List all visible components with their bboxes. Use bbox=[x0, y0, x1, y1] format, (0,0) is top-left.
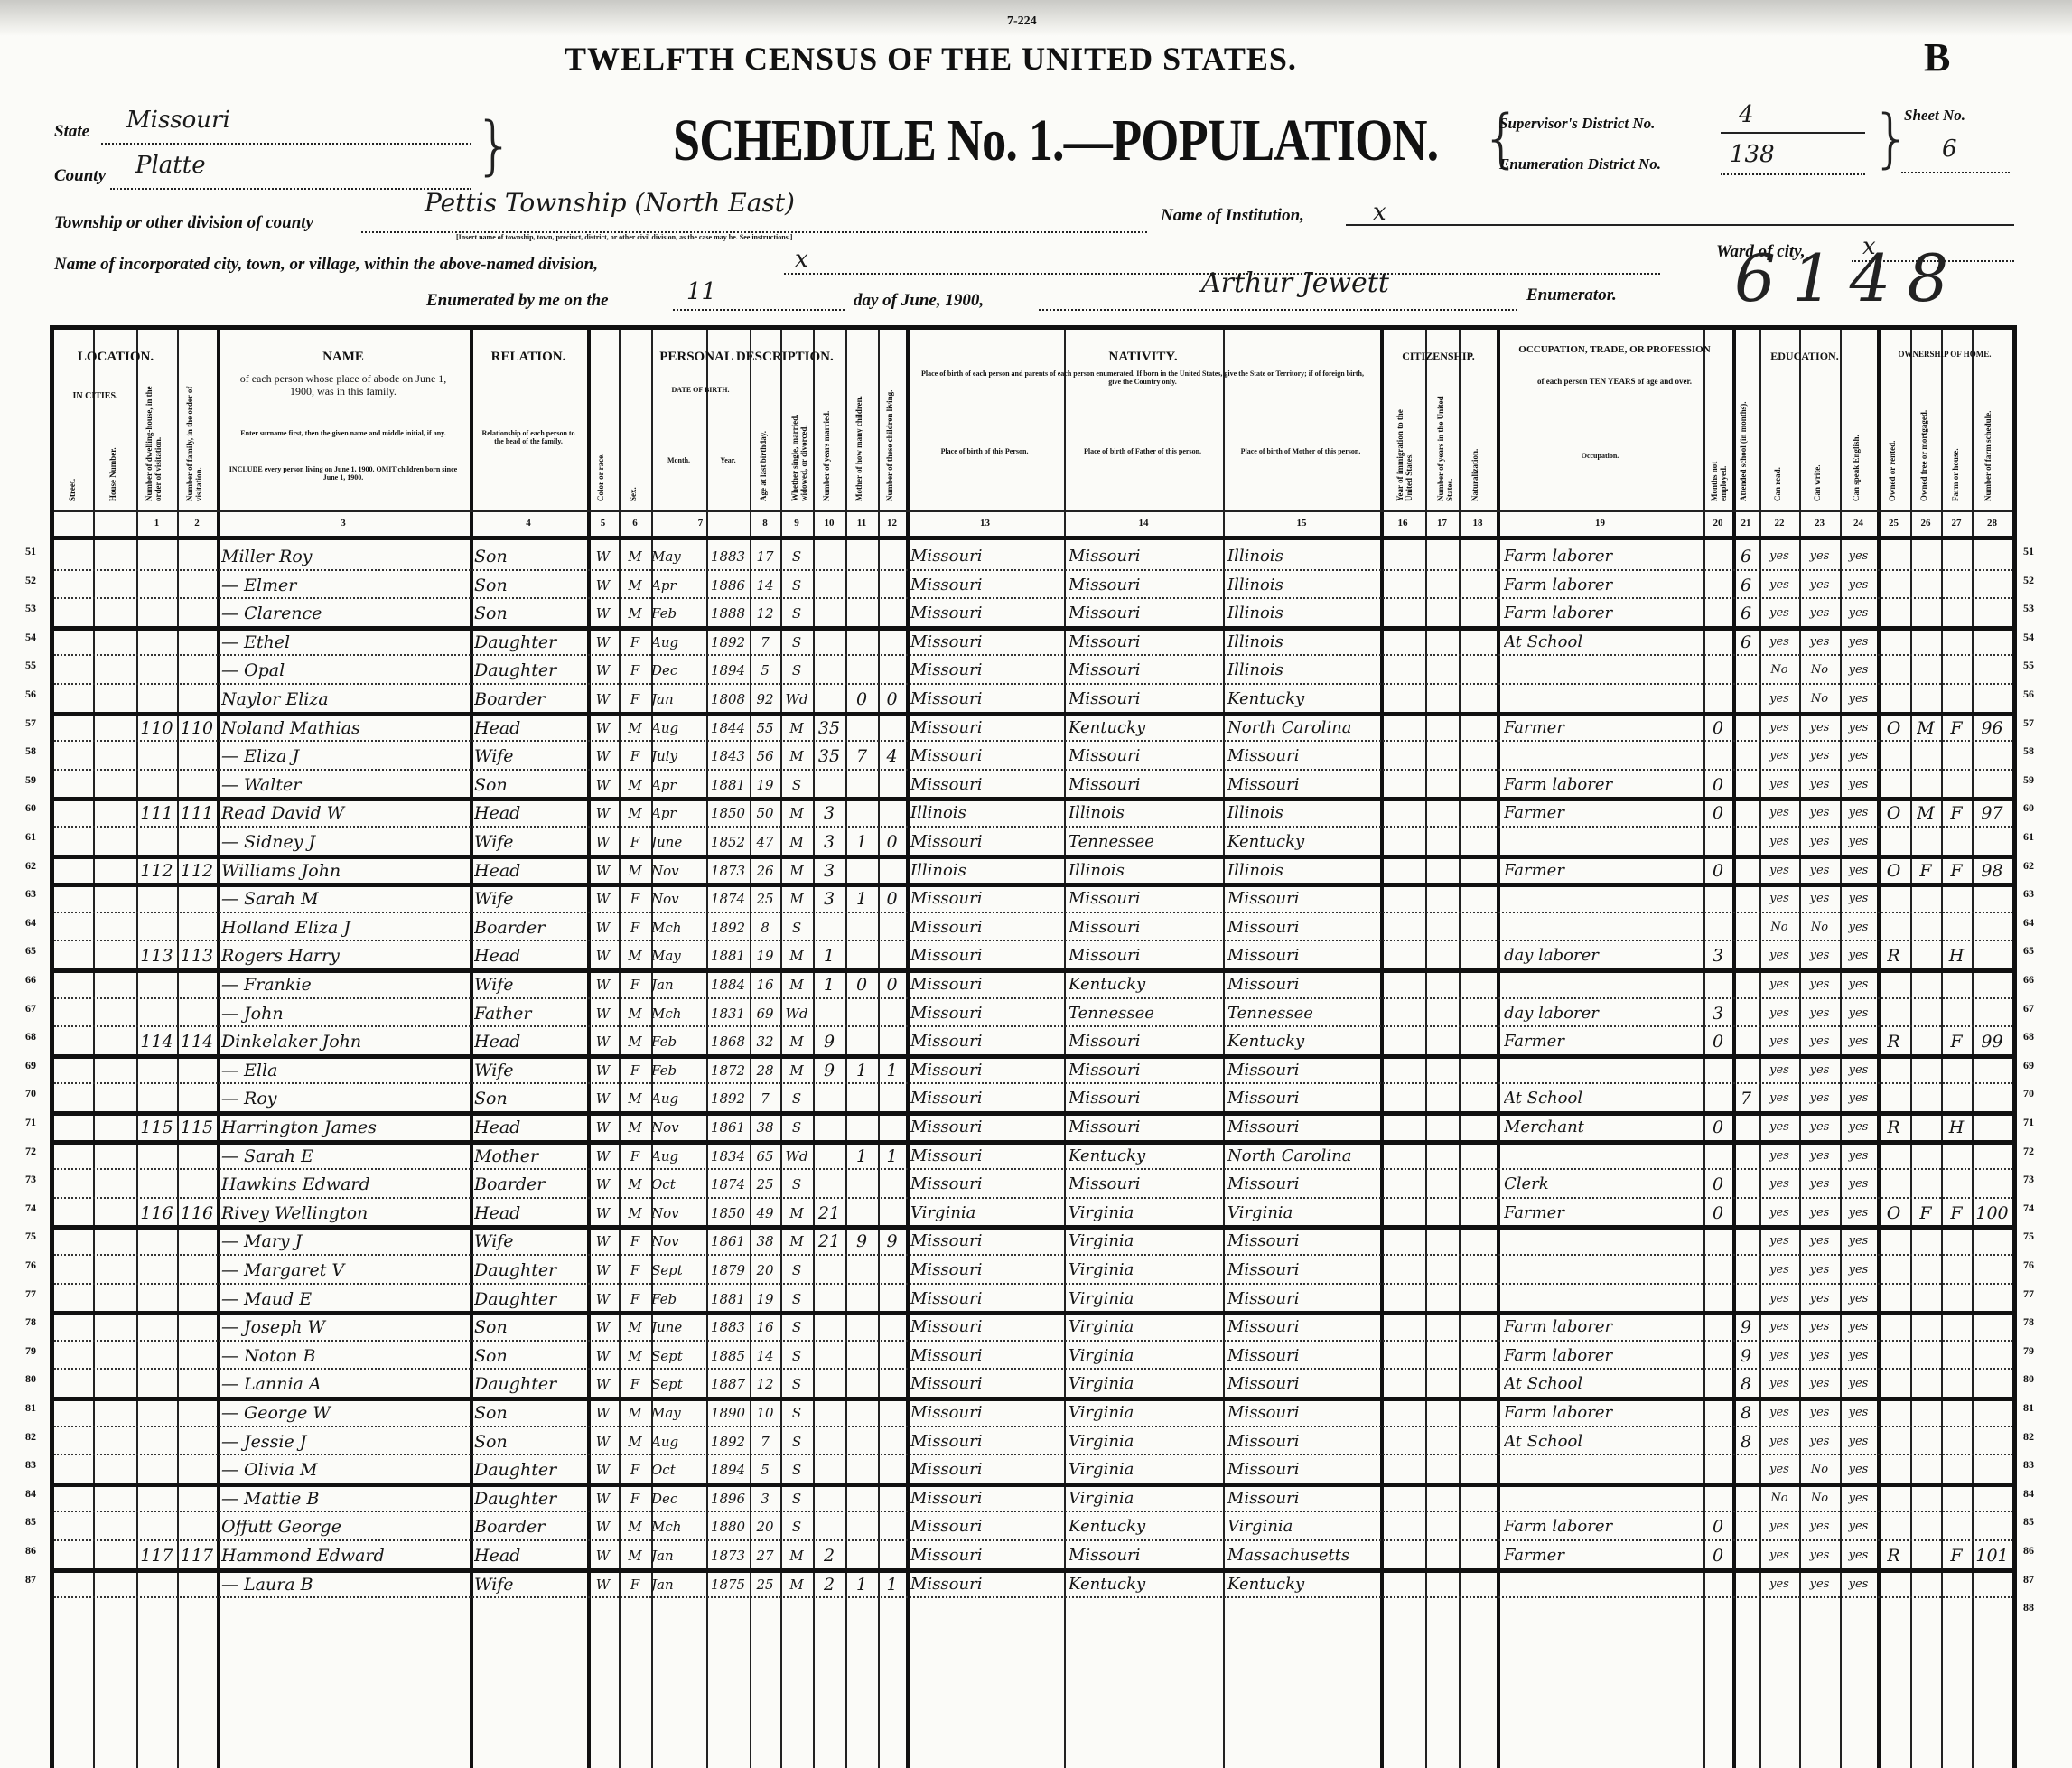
free-mortgaged bbox=[1910, 626, 1941, 655]
can-read: yes bbox=[1759, 968, 1799, 997]
months-unemployed bbox=[1703, 540, 1732, 569]
birthplace-father: Missouri bbox=[1069, 654, 1223, 683]
sheet-value: 6 bbox=[1942, 136, 1957, 163]
farm-schedule bbox=[1972, 1368, 2012, 1397]
birth-year: 1868 bbox=[706, 1025, 750, 1054]
birthplace-person: Missouri bbox=[910, 540, 1064, 569]
can-write: yes bbox=[1799, 1054, 1840, 1083]
children-living bbox=[878, 626, 906, 655]
birth-year: 1894 bbox=[706, 654, 750, 683]
marital-status: S bbox=[780, 1082, 813, 1111]
sheet-letter: B bbox=[1924, 34, 1950, 80]
relation: Daughter bbox=[474, 1454, 587, 1483]
relation: Head bbox=[474, 1539, 587, 1568]
birth-month: May bbox=[651, 1397, 706, 1426]
farm-schedule bbox=[1972, 1283, 2012, 1312]
years-married bbox=[813, 1368, 845, 1397]
family-number bbox=[177, 1397, 217, 1426]
children-living bbox=[878, 1340, 906, 1369]
color: W bbox=[587, 1368, 619, 1397]
children-living bbox=[878, 1311, 906, 1340]
occupation: day laborer bbox=[1504, 940, 1703, 968]
birth-year: 1896 bbox=[706, 1483, 750, 1511]
can-speak: yes bbox=[1840, 1397, 1877, 1426]
farm-schedule bbox=[1972, 626, 2012, 655]
color: W bbox=[587, 1340, 619, 1369]
dwelling-number bbox=[136, 683, 177, 712]
can-write: yes bbox=[1799, 883, 1840, 912]
farm-house bbox=[1941, 597, 1972, 626]
birthplace-father: Virginia bbox=[1069, 1454, 1223, 1483]
birthplace-mother: Virginia bbox=[1227, 1511, 1380, 1539]
school-months bbox=[1732, 1283, 1759, 1312]
occupation: Farmer bbox=[1504, 1197, 1703, 1226]
relation: Son bbox=[474, 1340, 587, 1369]
occupation: Clerk bbox=[1504, 1168, 1703, 1197]
hdr-months-unemployed: Months not employed. bbox=[1710, 429, 1728, 501]
farm-schedule bbox=[1972, 1254, 2012, 1283]
column-number: 23 bbox=[1799, 518, 1840, 529]
column-number: 14 bbox=[1064, 518, 1223, 529]
birth-month: Feb bbox=[651, 1025, 706, 1054]
relation: Head bbox=[474, 1197, 587, 1226]
birth-year: 1834 bbox=[706, 1140, 750, 1169]
school-months: 8 bbox=[1732, 1397, 1759, 1426]
owned-rented: R bbox=[1877, 1539, 1910, 1568]
birth-month: Mch bbox=[651, 912, 706, 940]
birthplace-person: Missouri bbox=[910, 1082, 1064, 1111]
table-row: Miller RoySonWMMay188317SMissouriMissour… bbox=[54, 540, 2012, 569]
years-married: 21 bbox=[813, 1225, 845, 1254]
line-number-left: 58 bbox=[25, 744, 36, 758]
line-number-right: 59 bbox=[2023, 773, 2034, 787]
children-born bbox=[845, 626, 878, 655]
person-name: Harrington James bbox=[221, 1111, 470, 1140]
can-write: yes bbox=[1799, 769, 1840, 798]
table-row: — OpalDaughterWFDec18945SMissouriMissour… bbox=[54, 654, 2012, 683]
birthplace-person: Missouri bbox=[910, 683, 1064, 712]
children-born: 9 bbox=[845, 1225, 878, 1254]
birth-month: Apr bbox=[651, 797, 706, 826]
farm-schedule bbox=[1972, 1168, 2012, 1197]
birthplace-mother: Illinois bbox=[1227, 540, 1380, 569]
years-married: 2 bbox=[813, 1568, 845, 1597]
column-number: 24 bbox=[1840, 518, 1877, 529]
hdr-family: Number of family, in the order of visita… bbox=[185, 375, 203, 501]
birth-year: 1861 bbox=[706, 1111, 750, 1140]
birth-month: Nov bbox=[651, 1197, 706, 1226]
sex: F bbox=[619, 968, 651, 997]
sex: M bbox=[619, 769, 651, 798]
free-mortgaged bbox=[1910, 1025, 1941, 1054]
school-months: 8 bbox=[1732, 1426, 1759, 1455]
birthplace-person: Missouri bbox=[910, 1483, 1064, 1511]
can-write: yes bbox=[1799, 1568, 1840, 1597]
table-row: — Mary JWifeWFNov186138M2199MissouriVirg… bbox=[54, 1225, 2012, 1254]
birthplace-father: Tennessee bbox=[1069, 997, 1223, 1026]
color: W bbox=[587, 1511, 619, 1539]
dwelling-number bbox=[136, 997, 177, 1026]
children-born bbox=[845, 855, 878, 884]
farm-schedule bbox=[1972, 654, 2012, 683]
birthplace-mother: Tennessee bbox=[1227, 997, 1380, 1026]
age: 17 bbox=[750, 540, 780, 569]
children-born bbox=[845, 1283, 878, 1312]
birth-month: Nov bbox=[651, 1111, 706, 1140]
months-unemployed bbox=[1703, 569, 1732, 598]
can-write: yes bbox=[1799, 855, 1840, 884]
farm-house bbox=[1941, 1082, 1972, 1111]
line-number-left: 80 bbox=[25, 1372, 36, 1386]
table-row: — EllaWifeWFFeb187228M911MissouriMissour… bbox=[54, 1054, 2012, 1083]
birthplace-person: Missouri bbox=[910, 597, 1064, 626]
occupation bbox=[1504, 968, 1703, 997]
line-number-left: 52 bbox=[25, 574, 36, 587]
birth-month: Apr bbox=[651, 569, 706, 598]
age: 50 bbox=[750, 797, 780, 826]
free-mortgaged bbox=[1910, 1168, 1941, 1197]
farm-schedule bbox=[1972, 1140, 2012, 1169]
birth-month: Mch bbox=[651, 1511, 706, 1539]
years-married bbox=[813, 683, 845, 712]
line-number-left: 78 bbox=[25, 1315, 36, 1329]
birthplace-mother: Missouri bbox=[1227, 1397, 1380, 1426]
dwelling-number bbox=[136, 1054, 177, 1083]
birthplace-person: Missouri bbox=[910, 569, 1064, 598]
line-number-right: 60 bbox=[2023, 801, 2034, 815]
birthplace-mother: Missouri bbox=[1227, 968, 1380, 997]
sex: M bbox=[619, 712, 651, 741]
line-number-right: 67 bbox=[2023, 1002, 2034, 1015]
person-name: — Opal bbox=[221, 654, 470, 683]
family-number bbox=[177, 1511, 217, 1539]
birth-month: Mch bbox=[651, 997, 706, 1026]
family-number bbox=[177, 569, 217, 598]
relation: Father bbox=[474, 997, 587, 1026]
months-unemployed bbox=[1703, 912, 1732, 940]
birthplace-mother: Illinois bbox=[1227, 569, 1380, 598]
marital-status: S bbox=[780, 1168, 813, 1197]
hdr-immigration: Year of immigration to the United States… bbox=[1395, 384, 1414, 501]
age: 12 bbox=[750, 597, 780, 626]
farm-house: F bbox=[1941, 712, 1972, 741]
table-row: — RoySonWMAug18927SMissouriMissouriMisso… bbox=[54, 1082, 2012, 1111]
relation: Son bbox=[474, 569, 587, 598]
children-born: 1 bbox=[845, 1568, 878, 1597]
birthplace-person: Missouri bbox=[910, 740, 1064, 769]
years-married bbox=[813, 1283, 845, 1312]
can-speak: yes bbox=[1840, 626, 1877, 655]
owned-rented bbox=[1877, 569, 1910, 598]
relation: Son bbox=[474, 540, 587, 569]
line-number-right: 63 bbox=[2023, 887, 2034, 901]
birthplace-mother: Kentucky bbox=[1227, 683, 1380, 712]
children-living bbox=[878, 1539, 906, 1568]
hdr-color: Color or race. bbox=[596, 420, 605, 501]
owned-rented bbox=[1877, 1254, 1910, 1283]
form-number: 7-224 bbox=[1007, 14, 1037, 29]
person-name: Hammond Edward bbox=[221, 1539, 470, 1568]
school-months bbox=[1732, 855, 1759, 884]
dwelling-number bbox=[136, 1483, 177, 1511]
free-mortgaged bbox=[1910, 912, 1941, 940]
can-write: yes bbox=[1799, 940, 1840, 968]
dwelling-number bbox=[136, 1254, 177, 1283]
can-speak: yes bbox=[1840, 1568, 1877, 1597]
months-unemployed bbox=[1703, 826, 1732, 855]
sex: F bbox=[619, 1568, 651, 1597]
sex: M bbox=[619, 597, 651, 626]
column-number: 6 bbox=[619, 518, 651, 529]
can-speak: yes bbox=[1840, 1311, 1877, 1340]
birth-year: 1843 bbox=[706, 740, 750, 769]
county-label: County bbox=[54, 166, 106, 186]
years-married bbox=[813, 540, 845, 569]
birthplace-mother: Missouri bbox=[1227, 1225, 1380, 1254]
hdr-occupation-sub: of each person TEN YEARS of age and over… bbox=[1508, 377, 1721, 386]
years-married bbox=[813, 1082, 845, 1111]
owned-rented bbox=[1877, 1511, 1910, 1539]
years-married bbox=[813, 1483, 845, 1511]
years-married bbox=[813, 769, 845, 798]
person-name: Dinkelaker John bbox=[221, 1025, 470, 1054]
person-name: Offutt George bbox=[221, 1511, 470, 1539]
occupation bbox=[1504, 683, 1703, 712]
table-row: — FrankieWifeWFJan188416M100MissouriKent… bbox=[54, 968, 2012, 997]
can-write: yes bbox=[1799, 1082, 1840, 1111]
hdr-month: Month. bbox=[651, 456, 706, 464]
children-living bbox=[878, 1168, 906, 1197]
owned-rented bbox=[1877, 540, 1910, 569]
owned-rented bbox=[1877, 683, 1910, 712]
person-name: — Eliza J bbox=[221, 740, 470, 769]
sex: F bbox=[619, 1225, 651, 1254]
birthplace-mother: Missouri bbox=[1227, 1340, 1380, 1369]
column-number: 9 bbox=[780, 518, 813, 529]
birth-year: 1861 bbox=[706, 1225, 750, 1254]
children-born: 1 bbox=[845, 1054, 878, 1083]
supervisor-label: Supervisor's District No. bbox=[1499, 115, 1655, 133]
table-row: — EthelDaughterWFAug18927SMissouriMissou… bbox=[54, 626, 2012, 655]
age: 38 bbox=[750, 1225, 780, 1254]
birthplace-person: Missouri bbox=[910, 968, 1064, 997]
occupation bbox=[1504, 1454, 1703, 1483]
owned-rented bbox=[1877, 1340, 1910, 1369]
children-born bbox=[845, 1254, 878, 1283]
children-living: 0 bbox=[878, 826, 906, 855]
birth-month: June bbox=[651, 1311, 706, 1340]
birthplace-mother: Massachusetts bbox=[1227, 1539, 1380, 1568]
school-months bbox=[1732, 1454, 1759, 1483]
marital-status: S bbox=[780, 1254, 813, 1283]
line-number-right: 80 bbox=[2023, 1372, 2034, 1386]
dwelling-number: 112 bbox=[136, 855, 177, 884]
person-name: — Laura B bbox=[221, 1568, 470, 1597]
column-number: 17 bbox=[1425, 518, 1459, 529]
column-number: 27 bbox=[1941, 518, 1972, 529]
children-living: 0 bbox=[878, 683, 906, 712]
line-number-left: 53 bbox=[25, 602, 36, 615]
person-name: — Sidney J bbox=[221, 826, 470, 855]
birthplace-person: Missouri bbox=[910, 940, 1064, 968]
person-name: — Sarah M bbox=[221, 883, 470, 912]
enumerator-name: Arthur Jewett bbox=[1201, 267, 1389, 299]
relation: Daughter bbox=[474, 1254, 587, 1283]
line-number-left: 55 bbox=[25, 659, 36, 672]
color: W bbox=[587, 597, 619, 626]
color: W bbox=[587, 1140, 619, 1169]
birthplace-person: Missouri bbox=[910, 1340, 1064, 1369]
relation: Head bbox=[474, 1025, 587, 1054]
relation: Head bbox=[474, 855, 587, 884]
can-speak: yes bbox=[1840, 1483, 1877, 1511]
enumeration-value: 138 bbox=[1730, 141, 1775, 168]
can-write: yes bbox=[1799, 797, 1840, 826]
children-living bbox=[878, 797, 906, 826]
marital-status: M bbox=[780, 883, 813, 912]
family-number bbox=[177, 1426, 217, 1455]
row-divider bbox=[54, 1596, 2012, 1598]
free-mortgaged bbox=[1910, 1082, 1941, 1111]
owned-rented bbox=[1877, 826, 1910, 855]
column-number: 3 bbox=[217, 518, 470, 529]
can-write: yes bbox=[1799, 626, 1840, 655]
can-speak: yes bbox=[1840, 1197, 1877, 1226]
line-number-left: 81 bbox=[25, 1401, 36, 1415]
city-value: x bbox=[795, 246, 808, 273]
years-married: 1 bbox=[813, 968, 845, 997]
township-value: Pettis Township (North East) bbox=[425, 188, 795, 218]
person-name: Miller Roy bbox=[221, 540, 470, 569]
hdr-years-us: Number of years in the United States. bbox=[1436, 384, 1454, 501]
column-number: 8 bbox=[750, 518, 780, 529]
years-married: 35 bbox=[813, 712, 845, 741]
children-born bbox=[845, 1197, 878, 1226]
farm-schedule bbox=[1972, 1483, 2012, 1511]
can-speak: yes bbox=[1840, 912, 1877, 940]
dwelling-number: 110 bbox=[136, 712, 177, 741]
children-born: 1 bbox=[845, 826, 878, 855]
column-number: 10 bbox=[813, 518, 845, 529]
relation: Boarder bbox=[474, 1168, 587, 1197]
institution-field bbox=[1346, 210, 2014, 226]
free-mortgaged: F bbox=[1910, 1197, 1941, 1226]
birth-year: 1886 bbox=[706, 569, 750, 598]
color: W bbox=[587, 1225, 619, 1254]
hdr-pob-mother: Place of birth of Mother of this person. bbox=[1228, 447, 1373, 455]
line-number-left: 51 bbox=[25, 545, 36, 558]
birth-year: 1872 bbox=[706, 1054, 750, 1083]
sex: M bbox=[619, 1539, 651, 1568]
farm-house bbox=[1941, 769, 1972, 798]
birthplace-mother: Missouri bbox=[1227, 1454, 1380, 1483]
farm-schedule bbox=[1972, 569, 2012, 598]
sex: M bbox=[619, 1111, 651, 1140]
years-married: 9 bbox=[813, 1054, 845, 1083]
years-married bbox=[813, 1426, 845, 1455]
marital-status: S bbox=[780, 1511, 813, 1539]
birthplace-father: Missouri bbox=[1069, 1168, 1223, 1197]
sex: F bbox=[619, 626, 651, 655]
hdr-can-write: Can write. bbox=[1813, 447, 1822, 501]
free-mortgaged bbox=[1910, 769, 1941, 798]
column-number: 19 bbox=[1497, 518, 1703, 529]
marital-status: S bbox=[780, 569, 813, 598]
occupation bbox=[1504, 654, 1703, 683]
free-mortgaged: M bbox=[1910, 712, 1941, 741]
table-row: — Olivia MDaughterWFOct18945SMissouriVir… bbox=[54, 1454, 2012, 1483]
can-read: yes bbox=[1759, 1368, 1799, 1397]
birthplace-person: Missouri bbox=[910, 1283, 1064, 1312]
years-married: 9 bbox=[813, 1025, 845, 1054]
months-unemployed: 0 bbox=[1703, 797, 1732, 826]
age: 92 bbox=[750, 683, 780, 712]
relation: Wife bbox=[474, 968, 587, 997]
farm-house bbox=[1941, 883, 1972, 912]
can-speak: yes bbox=[1840, 855, 1877, 884]
birthplace-father: Virginia bbox=[1069, 1311, 1223, 1340]
can-speak: yes bbox=[1840, 1140, 1877, 1169]
birth-year: 1888 bbox=[706, 597, 750, 626]
hdr-can-read: Can read. bbox=[1773, 447, 1782, 501]
color: W bbox=[587, 1426, 619, 1455]
line-number-left: 77 bbox=[25, 1287, 36, 1301]
sex: M bbox=[619, 569, 651, 598]
person-name: Rogers Harry bbox=[221, 940, 470, 968]
family-number bbox=[177, 1568, 217, 1597]
relation: Wife bbox=[474, 740, 587, 769]
table-row: — Mattie BDaughterWFDec18963SMissouriVir… bbox=[54, 1483, 2012, 1511]
birth-month: Aug bbox=[651, 1426, 706, 1455]
years-married: 1 bbox=[813, 940, 845, 968]
line-number-left: 72 bbox=[25, 1145, 36, 1158]
can-write: No bbox=[1799, 683, 1840, 712]
birth-month: May bbox=[651, 540, 706, 569]
owned-rented: R bbox=[1877, 1025, 1910, 1054]
person-name: — Olivia M bbox=[221, 1454, 470, 1483]
population-schedule-table: LOCATION. IN CITIES. NAME of each person… bbox=[50, 325, 2017, 1768]
can-speak: yes bbox=[1840, 1225, 1877, 1254]
sheet-label: Sheet No. bbox=[1904, 107, 1965, 125]
table-row: — Lannia ADaughterWFSept188712SMissouriV… bbox=[54, 1368, 2012, 1397]
children-living bbox=[878, 1082, 906, 1111]
birthplace-mother: Missouri bbox=[1227, 883, 1380, 912]
birth-year: 1892 bbox=[706, 1082, 750, 1111]
age: 19 bbox=[750, 769, 780, 798]
table-row: — Noton BSonWMSept188514SMissouriVirgini… bbox=[54, 1340, 2012, 1369]
person-name: — Noton B bbox=[221, 1340, 470, 1369]
months-unemployed bbox=[1703, 1426, 1732, 1455]
farm-schedule: 100 bbox=[1972, 1197, 2012, 1226]
owned-rented bbox=[1877, 1397, 1910, 1426]
dwelling-number bbox=[136, 1340, 177, 1369]
farm-schedule bbox=[1972, 968, 2012, 997]
sex: M bbox=[619, 1340, 651, 1369]
can-read: No bbox=[1759, 912, 1799, 940]
farm-house bbox=[1941, 626, 1972, 655]
column-number: 13 bbox=[906, 518, 1064, 529]
age: 47 bbox=[750, 826, 780, 855]
farm-house bbox=[1941, 997, 1972, 1026]
birthplace-father: Virginia bbox=[1069, 1197, 1223, 1226]
owned-rented bbox=[1877, 1168, 1910, 1197]
hdr-nativity-sub: Place of birth of each person and parent… bbox=[917, 370, 1368, 386]
column-number: 15 bbox=[1223, 518, 1380, 529]
farm-schedule bbox=[1972, 1568, 2012, 1597]
family-number bbox=[177, 826, 217, 855]
years-married bbox=[813, 597, 845, 626]
person-name: — Ethel bbox=[221, 626, 470, 655]
